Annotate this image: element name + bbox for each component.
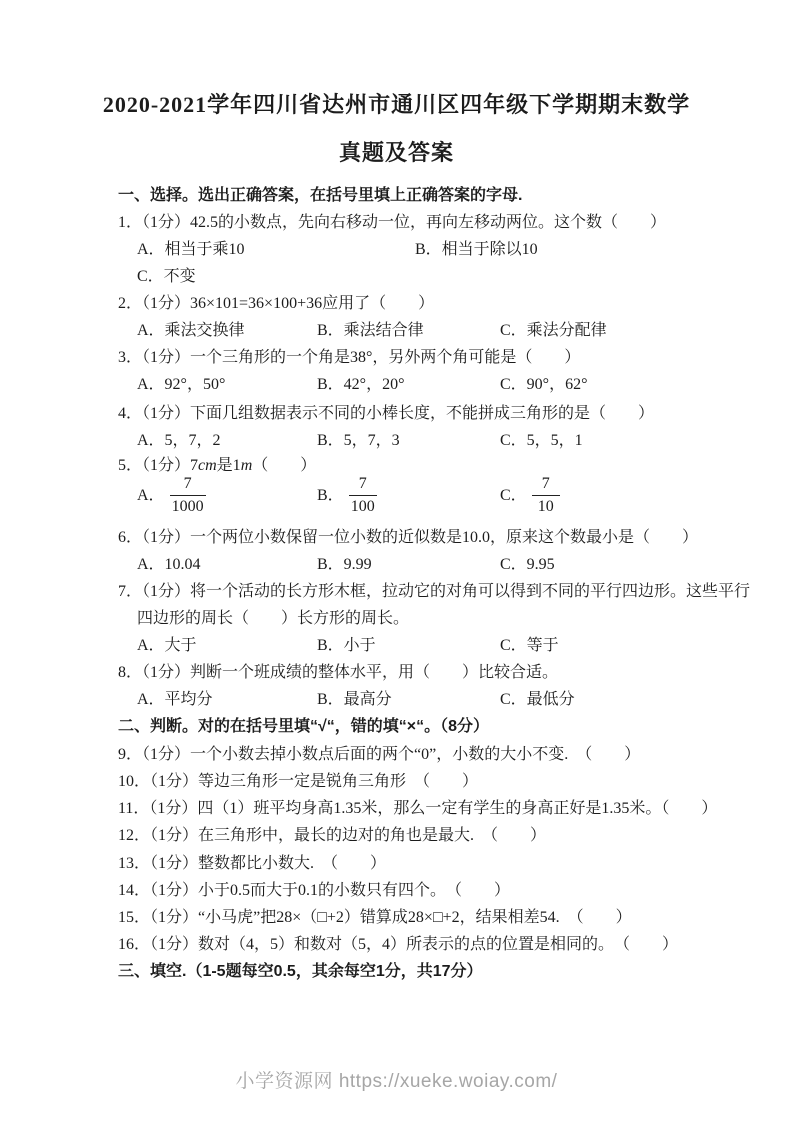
question-6-text: 6．（1分）一个两位小数保留一位小数的近似数是10.0，原来这个数最小是（ ） xyxy=(118,524,698,551)
question-7-text-line-2: 四边形的周长（ ）长方形的周长。 xyxy=(137,605,409,632)
exam-document-page: 2020-2021学年四川省达州市通川区四年级下学期期末数学 真题及答案 一、选… xyxy=(0,0,793,1122)
question-5-option-a: A． 7 1000 xyxy=(137,472,206,518)
question-6-option-b: B．9.99 xyxy=(317,551,372,578)
question-4-option-b: B．5，7，3 xyxy=(317,427,400,454)
option-b-letter: B． xyxy=(317,482,344,509)
question-12-text: 12．（1分）在三角形中，最长的边对的角也是最大. （ ） xyxy=(118,822,546,849)
question-3-option-c: C．90°，62° xyxy=(500,371,587,398)
question-15-text: 15．（1分）“小马虎”把28×（□+2）错算成28×□+2，结果相差54. （… xyxy=(118,904,632,931)
question-15: 15．（1分）“小马虎”把28×（□+2）错算成28×□+2，结果相差54. （… xyxy=(0,904,793,931)
question-4-text: 4．（1分）下面几组数据表示不同的小棒长度，不能拼成三角形的是（ ） xyxy=(118,400,654,427)
section-fill-blank-header-text: 三、填空.（1-5题每空0.5，其余每空1分，共17分） xyxy=(118,958,483,985)
question-2: 2．（1分）36×101=36×100+36应用了（ ） xyxy=(0,290,793,317)
question-3-option-b: B．42°，20° xyxy=(317,371,404,398)
option-c-letter: C． xyxy=(500,482,527,509)
question-1: 1．（1分）42.5的小数点，先向右移动一位，再向左移动两位。这个数（ ） xyxy=(0,209,793,236)
question-5-option-c: C． 7 10 xyxy=(500,472,560,518)
section-judge-header-text: 二、判断。对的在括号里填“√“，错的填“×“。（8分） xyxy=(118,713,489,740)
question-7-line-1: 7．（1分）将一个活动的长方形木框，拉动它的对角可以得到不同的平行四边形。这些平… xyxy=(0,578,793,605)
section-choice-header: 一、选择。选出正确答案，在括号里填上正确答案的字母. xyxy=(0,182,793,209)
fraction-denominator: 10 xyxy=(532,496,560,516)
question-1-option-b: B．相当于除以10 xyxy=(415,236,538,263)
question-8: 8．（1分）判断一个班成绩的整体水平，用（ ）比较合适。 xyxy=(0,659,793,686)
fraction-7-10: 7 10 xyxy=(532,474,560,515)
question-2-option-c: C．乘法分配律 xyxy=(500,317,607,344)
question-8-option-b: B．最高分 xyxy=(317,686,392,713)
question-9: 9．（1分）一个小数去掉小数点后面的两个“0”，小数的大小不变. （ ） xyxy=(0,741,793,768)
section-judge-header: 二、判断。对的在括号里填“√“，错的填“×“。（8分） xyxy=(0,713,793,740)
fraction-denominator: 100 xyxy=(349,496,377,516)
question-1-option-c: C．不变 xyxy=(137,263,196,290)
section-choice-header-text: 一、选择。选出正确答案，在括号里填上正确答案的字母. xyxy=(118,182,522,209)
question-7-text-line-1: 7．（1分）将一个活动的长方形木框，拉动它的对角可以得到不同的平行四边形。这些平… xyxy=(118,578,750,605)
question-16-text: 16．（1分）数对（4，5）和数对（5，4）所表示的点的位置是相同的。 （ ） xyxy=(118,931,678,958)
question-3-text: 3．（1分）一个三角形的一个角是38°，另外两个角可能是（ ） xyxy=(118,344,580,371)
question-7-options: A．大于 B．小于 C．等于 xyxy=(0,632,793,659)
fraction-7-100: 7 100 xyxy=(349,474,377,515)
question-8-options: A．平均分 B．最高分 C．最低分 xyxy=(0,686,793,713)
site-watermark: 小学资源网 https://xueke.woiay.com/ xyxy=(0,1066,793,1093)
question-8-option-a: A．平均分 xyxy=(137,686,213,713)
option-a-letter: A． xyxy=(137,482,165,509)
question-11-text: 11．（1分）四（1）班平均身高1.35米，那么一定有学生的身高正好是1.35米… xyxy=(118,795,717,822)
question-13: 13．（1分）整数都比小数大. （ ） xyxy=(0,850,793,877)
fraction-7-1000: 7 1000 xyxy=(170,474,206,515)
question-4-options: A．5，7，2 B．5，7，3 C．5，5，1 xyxy=(0,427,793,454)
question-10-text: 10．（1分）等边三角形一定是锐角三角形 （ ） xyxy=(118,768,478,795)
question-1-option-a: A．相当于乘10 xyxy=(137,236,245,263)
question-14-text: 14．（1分）小于0.5而大于0.1的小数只有四个。 （ ） xyxy=(118,877,510,904)
question-6-option-a: A．10.04 xyxy=(137,551,201,578)
question-2-options: A．乘法交换律 B．乘法结合律 C．乘法分配律 xyxy=(0,317,793,344)
fraction-numerator: 7 xyxy=(349,474,377,495)
question-1-options-row-1: A．相当于乘10 B．相当于除以10 xyxy=(0,236,793,263)
question-6-options: A．10.04 B．9.99 C．9.95 xyxy=(0,551,793,578)
question-7-line-2: 四边形的周长（ ）长方形的周长。 xyxy=(0,605,793,632)
page-title-line-1: 2020-2021学年四川省达州市通川区四年级下学期期末数学 xyxy=(0,90,793,120)
fraction-denominator: 1000 xyxy=(170,496,206,516)
question-3-option-a: A．92°，50° xyxy=(137,371,225,398)
question-1-text: 1．（1分）42.5的小数点，先向右移动一位，再向左移动两位。这个数（ ） xyxy=(118,209,666,236)
question-2-option-b: B．乘法结合律 xyxy=(317,317,424,344)
fraction-numerator: 7 xyxy=(170,474,206,495)
question-7-option-a: A．大于 xyxy=(137,632,197,659)
question-9-text: 9．（1分）一个小数去掉小数点后面的两个“0”，小数的大小不变. （ ） xyxy=(118,741,640,768)
question-3-options: A．92°，50° B．42°，20° C．90°，62° xyxy=(0,371,793,398)
question-2-option-a: A．乘法交换律 xyxy=(137,317,245,344)
question-10: 10．（1分）等边三角形一定是锐角三角形 （ ） xyxy=(0,768,793,795)
question-6: 6．（1分）一个两位小数保留一位小数的近似数是10.0，原来这个数最小是（ ） xyxy=(0,524,793,551)
question-2-text: 2．（1分）36×101=36×100+36应用了（ ） xyxy=(118,290,434,317)
question-4-option-c: C．5，5，1 xyxy=(500,427,583,454)
question-16: 16．（1分）数对（4，5）和数对（5，4）所表示的点的位置是相同的。 （ ） xyxy=(0,931,793,958)
fraction-numerator: 7 xyxy=(532,474,560,495)
question-5-fraction-options: A． 7 1000 B． 7 100 C． 7 10 xyxy=(0,472,793,518)
section-fill-blank-header: 三、填空.（1-5题每空0.5，其余每空1分，共17分） xyxy=(0,958,793,985)
question-4-option-a: A．5，7，2 xyxy=(137,427,221,454)
question-1-options-row-2: C．不变 xyxy=(0,263,793,290)
question-8-text: 8．（1分）判断一个班成绩的整体水平，用（ ）比较合适。 xyxy=(118,659,558,686)
question-7-option-c: C．等于 xyxy=(500,632,559,659)
question-11: 11．（1分）四（1）班平均身高1.35米，那么一定有学生的身高正好是1.35米… xyxy=(0,795,793,822)
question-14: 14．（1分）小于0.5而大于0.1的小数只有四个。 （ ） xyxy=(0,877,793,904)
question-13-text: 13．（1分）整数都比小数大. （ ） xyxy=(118,850,386,877)
question-5-option-b: B． 7 100 xyxy=(317,472,377,518)
question-12: 12．（1分）在三角形中，最长的边对的角也是最大. （ ） xyxy=(0,822,793,849)
question-6-option-c: C．9.95 xyxy=(500,551,555,578)
question-8-option-c: C．最低分 xyxy=(500,686,575,713)
question-4: 4．（1分）下面几组数据表示不同的小棒长度，不能拼成三角形的是（ ） xyxy=(0,400,793,427)
page-title-line-2: 真题及答案 xyxy=(0,138,793,168)
question-3: 3．（1分）一个三角形的一个角是38°，另外两个角可能是（ ） xyxy=(0,344,793,371)
question-7-option-b: B．小于 xyxy=(317,632,376,659)
